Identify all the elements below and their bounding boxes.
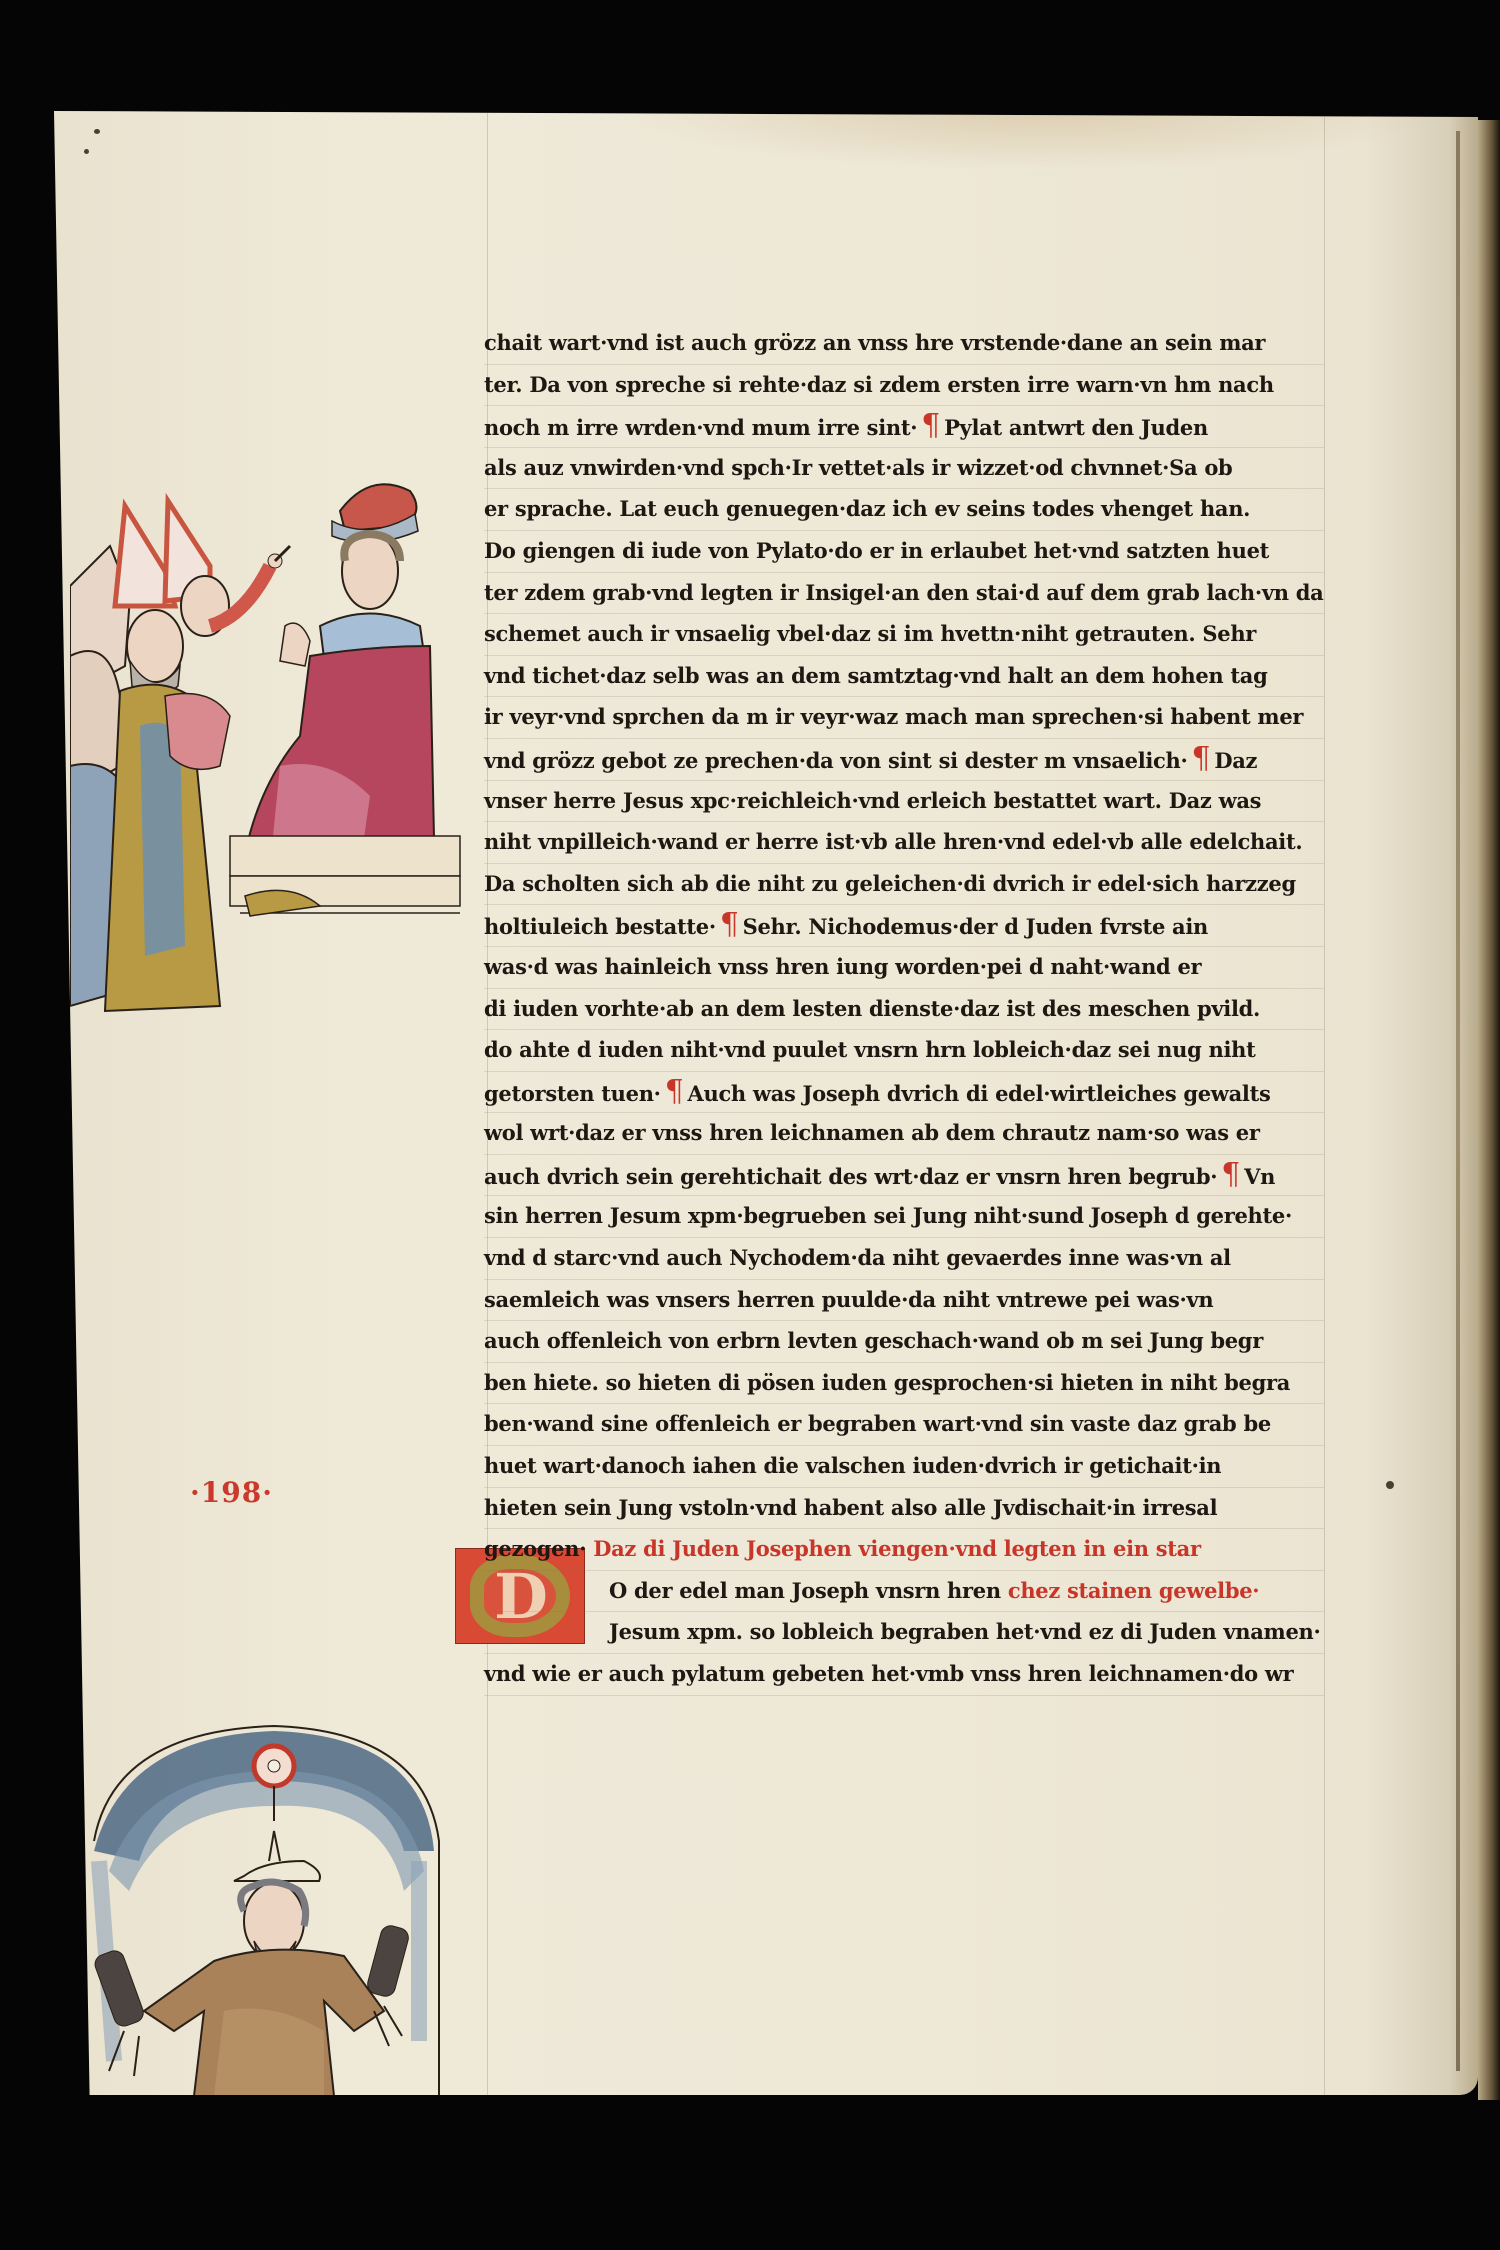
text-line: ben·wand sine offenleich er begraben war…	[484, 1404, 1324, 1446]
text-line: noch m irre wrden·vnd mum irre sint·¶Pyl…	[484, 406, 1324, 448]
joseph-prison-illustration	[84, 1711, 464, 2096]
text-line: er sprache. Lat euch genuegen·daz ich ev…	[484, 489, 1324, 531]
text-line: vnd wie er auch pylatum gebeten het·vmb …	[484, 1654, 1324, 1696]
text-segment: noch m irre wrden·vnd mum irre sint·	[484, 415, 917, 440]
text-segment: wol wrt·daz er vnss hren leichnamen ab d…	[484, 1120, 1260, 1145]
text-line: schemet auch ir vnsaelig vbel·daz si im …	[484, 614, 1324, 656]
text-line: wol wrt·daz er vnss hren leichnamen ab d…	[484, 1113, 1324, 1155]
text-segment: huet wart·danoch iahen die valschen iude…	[484, 1453, 1221, 1478]
water-stain	[614, 111, 1444, 171]
text-segment: auch offenleich von erbrn levten geschac…	[484, 1328, 1263, 1353]
manuscript-page: ·198· D chait wart·vnd ist auch grözz an…	[54, 111, 1478, 2095]
text-segment: als auz vnwirden·vnd spch·Ir vettet·als …	[484, 455, 1232, 480]
text-line: als auz vnwirden·vnd spch·Ir vettet·als …	[484, 448, 1324, 490]
text-line: sin herren Jesum xpm·begrueben sei Jung …	[484, 1196, 1324, 1238]
text-line: was·d was hainleich vnss hren iung worde…	[484, 947, 1324, 989]
text-segment: vnd grözz gebot ze prechen·da von sint s…	[484, 748, 1188, 773]
text-line: ter zdem grab·vnd legten ir Insigel·an d…	[484, 573, 1324, 615]
text-line: ben hiete. so hieten di pösen iuden gesp…	[484, 1363, 1324, 1405]
text-segment: Auch was Joseph dvrich di edel·wirtleich…	[687, 1081, 1270, 1106]
text-segment: Do giengen di iude von Pylato·do er in e…	[484, 538, 1269, 563]
text-segment: schemet auch ir vnsaelig vbel·daz si im …	[484, 621, 1256, 646]
text-segment: hieten sein Jung vstoln·vnd habent also …	[484, 1495, 1217, 1520]
text-line: vnd d starc·vnd auch Nychodem·da niht ge…	[484, 1238, 1324, 1280]
text-segment: vnser herre Jesus xpc·reichleich·vnd erl…	[484, 788, 1261, 813]
text-line: auch offenleich von erbrn levten geschac…	[484, 1321, 1324, 1363]
text-segment: ben·wand sine offenleich er begraben war…	[484, 1411, 1271, 1436]
pilate-and-elders-illustration	[70, 466, 490, 1026]
paragraph-mark: ¶	[720, 907, 739, 942]
text-segment: gezogen·	[484, 1536, 593, 1561]
folio-number: ·198·	[190, 1476, 273, 1509]
text-line: huet wart·danoch iahen die valschen iude…	[484, 1446, 1324, 1488]
text-segment: was·d was hainleich vnss hren iung worde…	[484, 954, 1201, 979]
book-gutter-edge	[1478, 120, 1500, 2100]
text-segment: sin herren Jesum xpm·begrueben sei Jung …	[484, 1203, 1292, 1228]
text-segment: vnd tichet·daz selb was an dem samtztag·…	[484, 663, 1267, 688]
text-line: do ahte d iuden niht·vnd puulet vnsrn hr…	[484, 1030, 1324, 1072]
text-line: ter. Da von spreche si rehte·daz si zdem…	[484, 365, 1324, 407]
text-segment: getorsten tuen·	[484, 1081, 661, 1106]
text-segment: niht vnpilleich·wand er herre ist·vb all…	[484, 829, 1302, 854]
text-line: hieten sein Jung vstoln·vnd habent also …	[484, 1488, 1324, 1530]
text-line: vnd grözz gebot ze prechen·da von sint s…	[484, 739, 1324, 781]
page-fold	[1456, 131, 1460, 2071]
text-line: vnd tichet·daz selb was an dem samtztag·…	[484, 656, 1324, 698]
text-segment: Pylat antwrt den Juden	[944, 415, 1208, 440]
text-segment: auch dvrich sein gerehtichait des wrt·da…	[484, 1164, 1217, 1189]
text-line: Jesum xpm. so lobleich begraben het·vnd …	[484, 1612, 1324, 1654]
text-segment: do ahte d iuden niht·vnd puulet vnsrn hr…	[484, 1037, 1256, 1062]
text-segment: Vn	[1244, 1164, 1275, 1189]
rubric-text: Daz di Juden Josephen viengen·vnd legten…	[593, 1536, 1201, 1561]
text-line: vnser herre Jesus xpc·reichleich·vnd erl…	[484, 781, 1324, 823]
paragraph-mark: ¶	[665, 1074, 684, 1109]
text-segment: Sehr. Nichodemus·der d Juden fvrste ain	[743, 914, 1208, 939]
text-line: saemleich was vnsers herren puulde·da ni…	[484, 1280, 1324, 1322]
text-line: gezogen· Daz di Juden Josephen viengen·v…	[484, 1529, 1324, 1571]
text-segment: vnd d starc·vnd auch Nychodem·da niht ge…	[484, 1245, 1231, 1270]
text-segment: saemleich was vnsers herren puulde·da ni…	[484, 1287, 1213, 1312]
text-segment: chait wart·vnd ist auch grözz an vnss hr…	[484, 330, 1265, 355]
text-line: ir veyr·vnd sprchen da m ir veyr·waz mac…	[484, 697, 1324, 739]
rubric-text: chez stainen gewelbe·	[1008, 1578, 1259, 1603]
text-line: niht vnpilleich·wand er herre ist·vb all…	[484, 822, 1324, 864]
text-segment: O der edel man Joseph vnsrn hren	[609, 1578, 1008, 1603]
text-line: Do giengen di iude von Pylato·do er in e…	[484, 531, 1324, 573]
text-line: getorsten tuen·¶Auch was Joseph dvrich d…	[484, 1072, 1324, 1114]
text-segment: Daz	[1214, 748, 1257, 773]
text-segment: vnd wie er auch pylatum gebeten het·vmb …	[484, 1661, 1293, 1686]
paragraph-mark: ¶	[921, 408, 940, 443]
ink-spot	[94, 129, 100, 134]
text-segment: ter zdem grab·vnd legten ir Insigel·an d…	[484, 580, 1323, 605]
text-segment: Da scholten sich ab die niht zu geleiche…	[484, 871, 1296, 896]
paragraph-mark: ¶	[1221, 1157, 1240, 1192]
text-segment: Jesum xpm. so lobleich begraben het·vnd …	[609, 1619, 1321, 1644]
manuscript-text-block: chait wart·vnd ist auch grözz an vnss hr…	[484, 323, 1324, 1696]
ink-spot	[1386, 1481, 1394, 1489]
right-ruling-line	[1324, 111, 1325, 2095]
text-segment: ir veyr·vnd sprchen da m ir veyr·waz mac…	[484, 704, 1303, 729]
text-line: holtiuleich bestatte·¶Sehr. Nichodemus·d…	[484, 905, 1324, 947]
text-segment: ter. Da von spreche si rehte·daz si zdem…	[484, 372, 1274, 397]
text-line: chait wart·vnd ist auch grözz an vnss hr…	[484, 323, 1324, 365]
text-line: Da scholten sich ab die niht zu geleiche…	[484, 864, 1324, 906]
ink-spot	[84, 149, 89, 154]
text-segment: holtiuleich bestatte·	[484, 914, 716, 939]
text-segment: di iuden vorhte·ab an dem lesten dienste…	[484, 996, 1260, 1021]
paragraph-mark: ¶	[1192, 741, 1211, 776]
text-line: auch dvrich sein gerehtichait des wrt·da…	[484, 1155, 1324, 1197]
text-segment: ben hiete. so hieten di pösen iuden gesp…	[484, 1370, 1290, 1395]
text-line: O der edel man Joseph vnsrn hren chez st…	[484, 1571, 1324, 1613]
text-line: di iuden vorhte·ab an dem lesten dienste…	[484, 989, 1324, 1031]
text-segment: er sprache. Lat euch genuegen·daz ich ev…	[484, 496, 1250, 521]
